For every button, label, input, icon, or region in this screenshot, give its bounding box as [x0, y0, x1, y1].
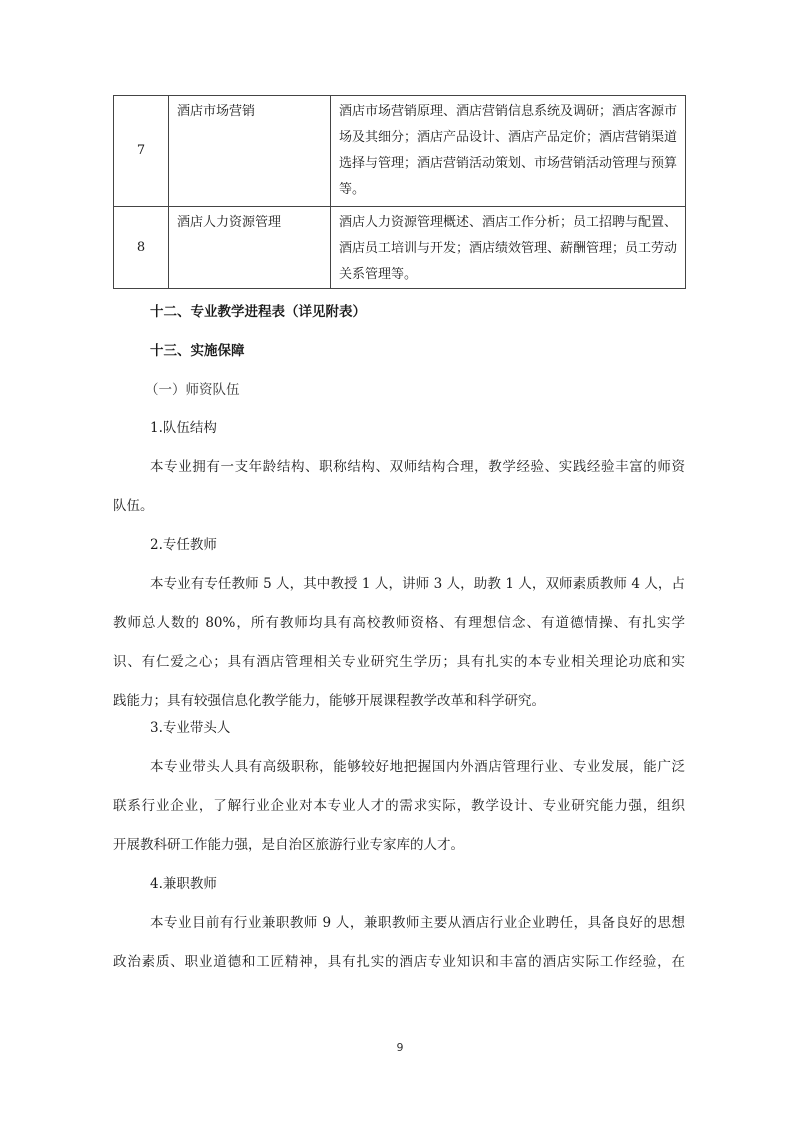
course-name: 酒店市场营销 — [169, 96, 331, 207]
course-content: 酒店市场营销原理、酒店营销信息系统及调研；酒店客源市场及其细分；酒店产品设计、酒… — [331, 96, 686, 207]
section-heading-12: 十二、专业教学进程表（详见附表） — [150, 302, 722, 322]
course-name: 酒店人力资源管理 — [169, 207, 331, 289]
paragraph-line: 本专业带头人具有高级职称，能够较好地把握国内外酒店管理行业、专业发展，能广泛 — [150, 757, 685, 777]
paragraph-line: 政治素质、职业道德和工匠精神，具有扎实的酒店专业知识和丰富的酒店实际工作经验，在 — [113, 952, 685, 972]
paragraph-line: 联系行业企业，了解行业企业对本专业人才的需求实际，教学设计、专业研究能力强，组织 — [113, 796, 685, 816]
subsection-heading: （一）师资队伍 — [145, 380, 717, 400]
item-title-4: 4.兼职教师 — [150, 874, 722, 894]
item-title-3: 3.专业带头人 — [150, 718, 722, 738]
paragraph-line: 本专业拥有一支年龄结构、职称结构、双师结构合理，教学经验、实践经验丰富的师资 — [150, 457, 685, 477]
table-row: 8 酒店人力资源管理 酒店人力资源管理概述、酒店工作分析；员工招聘与配置、酒店员… — [114, 207, 686, 289]
item-title-2: 2.专任教师 — [150, 535, 722, 555]
paragraph-line: 本专业目前有行业兼职教师 9 人，兼职教师主要从酒店行业企业聘任，具备良好的思想 — [150, 913, 685, 933]
table-row: 7 酒店市场营销 酒店市场营销原理、酒店营销信息系统及调研；酒店客源市场及其细分… — [114, 96, 686, 207]
paragraph-line: 践能力；具有较强信息化教学能力，能够开展课程教学改革和科学研究。 — [113, 691, 685, 711]
paragraph-line: 识、有仁爱之心；具有酒店管理相关专业研究生学历；具有扎实的本专业相关理论功底和实 — [113, 652, 685, 672]
row-number: 7 — [114, 96, 169, 207]
course-content: 酒店人力资源管理概述、酒店工作分析；员工招聘与配置、酒店员工培训与开发；酒店绩效… — [331, 207, 686, 289]
row-number: 8 — [114, 207, 169, 289]
section-heading-13: 十三、实施保障 — [150, 341, 722, 361]
paragraph-line: 教师总人数的 80%，所有教师均具有高校教师资格、有理想信念、有道德情操、有扎实… — [113, 613, 685, 633]
item-title-1: 1.队伍结构 — [150, 418, 722, 438]
paragraph-line: 本专业有专任教师 5 人，其中教授 1 人，讲师 3 人，助教 1 人，双师素质… — [150, 574, 685, 594]
paragraph-line: 队伍。 — [113, 496, 685, 516]
page-number: 9 — [390, 1041, 410, 1054]
course-table: 7 酒店市场营销 酒店市场营销原理、酒店营销信息系统及调研；酒店客源市场及其细分… — [113, 95, 686, 289]
paragraph-line: 开展教科研工作能力强，是自治区旅游行业专家库的人才。 — [113, 835, 685, 855]
document-page: 7 酒店市场营销 酒店市场营销原理、酒店营销信息系统及调研；酒店客源市场及其细分… — [0, 0, 800, 1130]
